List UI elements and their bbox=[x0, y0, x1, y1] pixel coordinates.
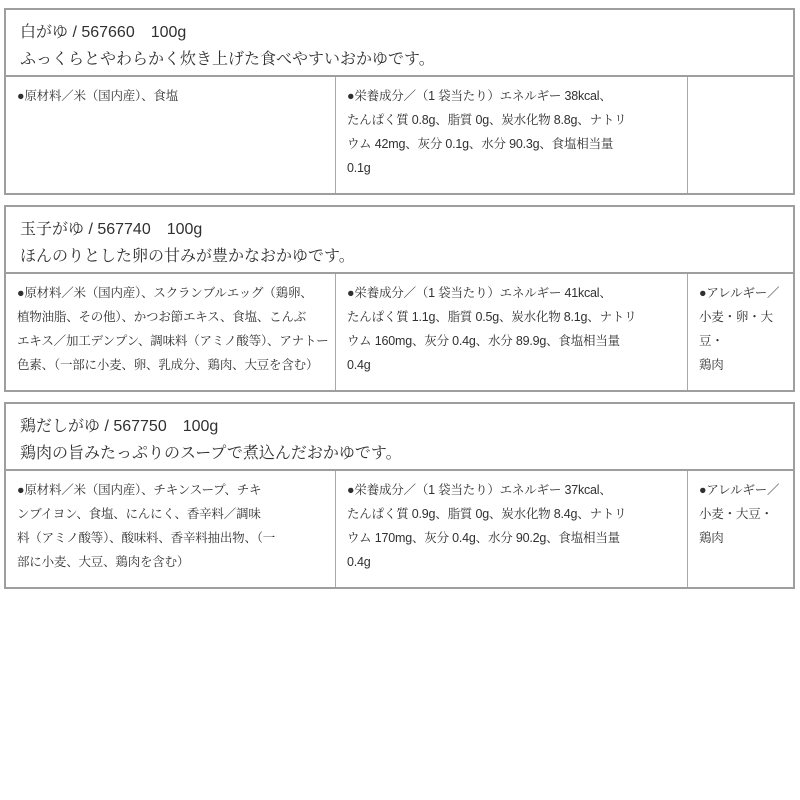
product-card: 玉子がゆ / 567740 100g ほんのりとした卵の甘みが豊かなおかゆです。… bbox=[4, 205, 795, 392]
product-spec-table: ●原材料／米（国内産）、スクランブルエッグ（鶏卵、 植物油脂、その他）、かつお節… bbox=[6, 272, 793, 390]
product-header: 玉子がゆ / 567740 100g ほんのりとした卵の甘みが豊かなおかゆです。 bbox=[6, 207, 793, 272]
product-spec-table: ●原材料／米（国内産）、食塩 ●栄養成分／（1 袋当たり）エネルギー 38kca… bbox=[6, 75, 793, 193]
product-header: 白がゆ / 567660 100g ふっくらとやわらかく炊き上げた食べやすいおか… bbox=[6, 10, 793, 75]
product-card: 白がゆ / 567660 100g ふっくらとやわらかく炊き上げた食べやすいおか… bbox=[4, 8, 795, 195]
product-title: 鶏だしがゆ / 567750 100g bbox=[20, 413, 779, 440]
allergy-cell bbox=[688, 77, 793, 193]
ingredients-cell: ●原材料／米（国内産）、スクランブルエッグ（鶏卵、 植物油脂、その他）、かつお節… bbox=[6, 274, 336, 390]
product-title: 玉子がゆ / 567740 100g bbox=[20, 216, 779, 243]
ingredients-cell: ●原材料／米（国内産）、チキンスープ、チキ ンブイヨン、食塩、にんにく、香辛料／… bbox=[6, 471, 336, 587]
nutrition-cell: ●栄養成分／（1 袋当たり）エネルギー 37kcal、 たんぱく質 0.9g、脂… bbox=[336, 471, 688, 587]
allergy-cell: ●アレルギー／ 小麦・大豆・ 鶏肉 bbox=[688, 471, 793, 587]
ingredients-cell: ●原材料／米（国内産）、食塩 bbox=[6, 77, 336, 193]
product-description: ほんのりとした卵の甘みが豊かなおかゆです。 bbox=[20, 243, 779, 270]
product-info-page: 白がゆ / 567660 100g ふっくらとやわらかく炊き上げた食べやすいおか… bbox=[4, 8, 795, 599]
product-spec-table: ●原材料／米（国内産）、チキンスープ、チキ ンブイヨン、食塩、にんにく、香辛料／… bbox=[6, 469, 793, 587]
product-description: ふっくらとやわらかく炊き上げた食べやすいおかゆです。 bbox=[20, 46, 779, 73]
product-card: 鶏だしがゆ / 567750 100g 鶏肉の旨みたっぷりのスープで煮込んだおか… bbox=[4, 402, 795, 589]
nutrition-cell: ●栄養成分／（1 袋当たり）エネルギー 41kcal、 たんぱく質 1.1g、脂… bbox=[336, 274, 688, 390]
nutrition-cell: ●栄養成分／（1 袋当たり）エネルギー 38kcal、 たんぱく質 0.8g、脂… bbox=[336, 77, 688, 193]
product-title: 白がゆ / 567660 100g bbox=[20, 19, 779, 46]
product-description: 鶏肉の旨みたっぷりのスープで煮込んだおかゆです。 bbox=[20, 440, 779, 467]
product-header: 鶏だしがゆ / 567750 100g 鶏肉の旨みたっぷりのスープで煮込んだおか… bbox=[6, 404, 793, 469]
allergy-cell: ●アレルギー／ 小麦・卵・大豆・ 鶏肉 bbox=[688, 274, 793, 390]
